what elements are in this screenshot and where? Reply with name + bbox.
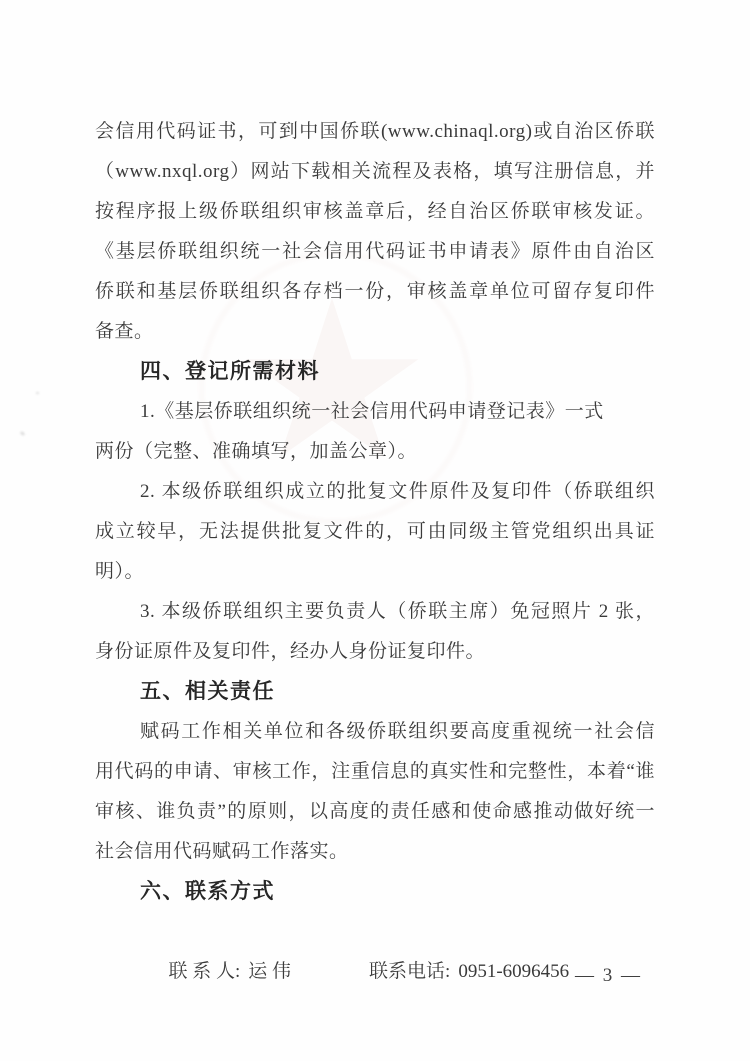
body-line: 会信用代码证书，可到中国侨联(www.chinaql.org)或自治区侨联 (95, 112, 655, 152)
body-line: 侨联和基层侨联组织各存档一份，审核盖章单位可留存复印件 (95, 272, 655, 312)
text-lines: 会信用代码证书，可到中国侨联(www.chinaql.org)或自治区侨联（ww… (95, 112, 655, 912)
section-heading-5: 五、相关责任 (95, 672, 655, 712)
body-line: 社会信用代码赋码工作落实。 (95, 832, 655, 872)
contact-phone-label: 联系电话: (369, 961, 450, 982)
scan-artifact (20, 431, 26, 436)
body-line: 赋码工作相关单位和各级侨联组织要高度重视统一社会信 (95, 712, 655, 752)
list-item-3-line: 3. 本级侨联组织主要负责人（侨联主席）免冠照片 2 张， (95, 592, 655, 632)
body-line: 用代码的申请、审核工作，注重信息的真实性和完整性，本着“谁 (95, 752, 655, 792)
contact-person-name: 运 伟 (248, 961, 291, 982)
contact-person-label: 联 系 人: (169, 961, 241, 982)
document-page: 会信用代码证书，可到中国侨联(www.chinaql.org)或自治区侨联（ww… (0, 0, 750, 1061)
contact-row: 联 系 人:运 伟联系电话:0951-6096456 (95, 912, 655, 952)
body-line: 按程序报上级侨联组织审核盖章后，经自治区侨联审核发证。 (95, 192, 655, 232)
list-item-2-line: 2. 本级侨联组织成立的批复文件原件及复印件（侨联组织 (95, 472, 655, 512)
body-line: 备查。 (95, 312, 655, 352)
section-heading-6: 六、联系方式 (95, 872, 655, 912)
body-line: （www.nxql.org）网站下载相关流程及表格，填写注册信息，并 (95, 152, 655, 192)
body-line: 成立较早，无法提供批复文件的，可由同级主管党组织出具证 (95, 512, 655, 552)
contact-phone-number: 0951-6096456 (458, 961, 569, 982)
scan-artifact (36, 392, 39, 394)
body-line: 两份（完整、准确填写，加盖公章）。 (95, 432, 655, 472)
body-line: 明）。 (95, 552, 655, 592)
document-body: 会信用代码证书，可到中国侨联(www.chinaql.org)或自治区侨联（ww… (95, 112, 655, 952)
body-line: 审核、谁负责”的原则，以高度的责任感和使命感推动做好统一 (95, 792, 655, 832)
list-item-1-line: 1.《基层侨联组织统一社会信用代码申请登记表》一式 (95, 392, 655, 432)
section-heading-4: 四、登记所需材料 (95, 352, 655, 392)
body-line: 《基层侨联组织统一社会信用代码证书申请表》原件由自治区 (95, 232, 655, 272)
body-line: 身份证原件及复印件，经办人身份证复印件。 (95, 632, 655, 672)
page-number: — 3 — (575, 965, 642, 987)
